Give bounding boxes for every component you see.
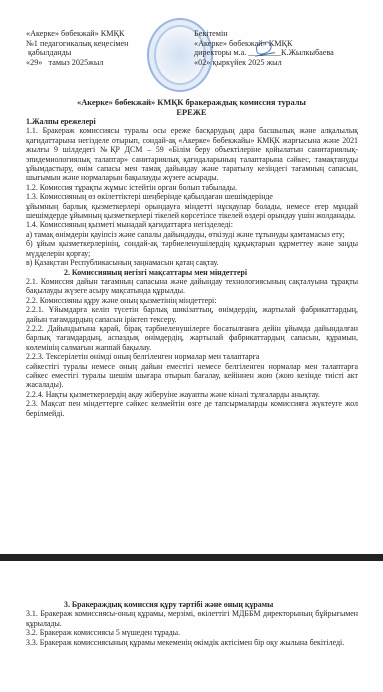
approve-line: Бекітемін [194,29,334,39]
clause-1-3-a: 1.3. Комиссияның өз өкілеттіктері шеңбер… [26,192,358,201]
adopted-date: «29» тамыз 2025жыл [26,58,129,68]
adopted-line: қабылданды [26,48,129,58]
clause-2-2-3-a: 2.2.3. Тексерілетін өнімді оның белгілен… [26,352,358,361]
clause-2-1: 2.1. Комиссия дайын тағамның сапасына жә… [26,277,358,296]
clause-2-2-1: 2.2.1. Ұйымдарға келіп түсетін барлық ши… [26,305,358,324]
clause-1-4-a: а) тамақ өнімдерін қауіпсіз және сапалы … [26,230,358,239]
section-3-heading: 3. Бракераждық комиссия құру тәртібі жән… [26,600,358,609]
clause-1-4-b: б) ұйым қызметкерлерінің, сондай-ақ тәрб… [26,239,358,258]
clause-3-2: 3.2. Бракераж комиссиясы 5 мүшеден тұрад… [26,628,358,637]
clause-2-2-2: 2.2.2. Дайындығына қарай, бірақ тәрбиеле… [26,324,358,352]
council-line: №1 педагогикалық кеңесімен [26,39,129,49]
clause-1-3-b: ұйымның барлық қызметкерлері орындауға м… [26,202,358,221]
section-1-heading: 1.Жалпы ережелері [26,117,358,126]
adoption-block: «Акерке» бөбекжай» КМҚК№1 педагогикалық … [26,29,129,67]
clause-2-2: 2.2. Комиссияны құру және оның қызметіні… [26,296,358,305]
document-subtitle: ЕРЕЖЕ [0,108,383,117]
page-separator [0,554,383,561]
approve-date: «02» қыркүйек 2025 жыл [194,58,334,68]
clause-1-4: 1.4. Комиссияның қызметі мынадай қағидат… [26,220,358,229]
document-body-page-2: 3. Бракераждық комиссия құру тәртібі жән… [26,600,358,647]
clause-2-2-4: 2.2.4. Нақты қызметкерлердің ақау жіберу… [26,390,358,399]
org-name: «Акерке» бөбекжай» КМҚК [26,29,129,39]
document-title: «Акерке» бөбекжай» КМҚК бракераждық коми… [0,98,383,107]
clause-3-1: 3.1. Бракераж комиссиясы-оның құрамы, ме… [26,609,358,628]
clause-1-1: 1.1. Бракераж комиссиясы туралы осы ереж… [26,126,358,182]
clause-3-3: 3.3. Бракераж комиссиясының құрамы мекем… [26,638,358,647]
clause-1-2: 1.2. Комиссия тұрақты жұмыс істейтін орг… [26,183,358,192]
clause-2-3: 2.3. Мақсат пен міндеттерге сәйкес келме… [26,399,358,418]
document-body: 1.Жалпы ережелері 1.1. Бракераж комиссия… [26,117,358,418]
clause-2-2-3-b: сәйкестігі туралы немесе оның дайын емес… [26,362,358,390]
clause-1-4-c: в) Қазақстан Республикасының заңнамасын … [26,258,358,267]
document-page-1: «Акерке» бөбекжай» КМҚК№1 педагогикалық … [0,0,383,554]
section-2-heading: 2. Комиссияның негізгі мақсаттары мен мі… [26,268,358,277]
